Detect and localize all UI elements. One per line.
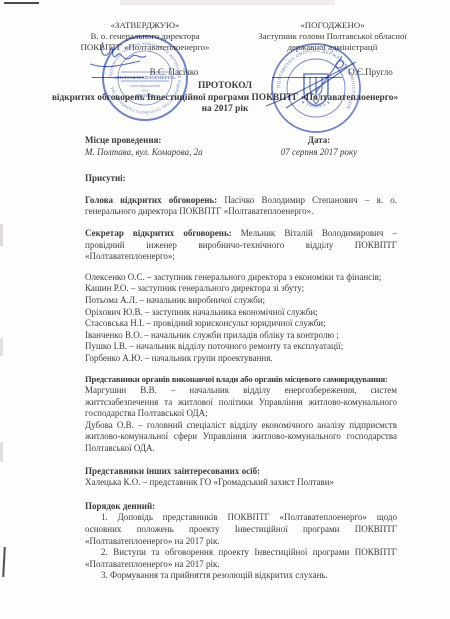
- meta-row: Місце проведення: М. Полтава, вул. Комар…: [85, 135, 397, 158]
- approve-signer-name: В.С. Пасічко: [150, 67, 199, 78]
- secretary-label: Секретар відкритих обговорень:: [85, 228, 232, 238]
- place-block: Місце проведення: М. Полтава, вул. Комар…: [85, 135, 203, 158]
- agree-signer-name: О.Є.Пругло: [348, 67, 393, 78]
- date-block: Дата: 07 серпня 2017 року: [263, 135, 375, 158]
- attendee-item: Іванченко В.О. – начальник служби прилад…: [85, 330, 397, 342]
- agree-block: «ПОГОДЖЕНО» Заступник голови Полтавської…: [240, 20, 425, 78]
- other-item: Халецька К.О. – представник ГО «Громадсь…: [85, 477, 397, 489]
- agree-line1: Заступник голови Полтавської обласної: [240, 31, 425, 42]
- others-section: Представники інших заінтересованих осіб:…: [85, 466, 397, 489]
- attendee-item: Горбенко А.Ю. – начальник групи проектув…: [85, 353, 397, 365]
- agenda-section: Порядок денний: 1. Доповідь представникі…: [85, 501, 397, 582]
- place-label: Місце проведення:: [85, 135, 203, 147]
- agenda-label: Порядок денний:: [85, 501, 397, 513]
- approve-line1: В. о. генерального директора: [55, 31, 235, 42]
- approve-signature-row: В.С. Пасічко: [55, 67, 235, 78]
- agenda-item: 3. Формування та прийняття резолюцій від…: [85, 570, 397, 582]
- present-label: Присутні:: [85, 173, 397, 185]
- approve-block: «ЗАТВЕРДЖУЮ» В. о. генерального директор…: [55, 20, 235, 78]
- scan-artifact: [4, 2, 39, 4]
- agree-signature-row: О.Є.Пругло: [240, 67, 425, 78]
- attendee-item: Потьома А.Л. – начальник виробничої служ…: [85, 295, 397, 307]
- attendee-item: Оріхович Ю.В. – заступник начальника еко…: [85, 307, 397, 319]
- attendee-item: Стасовська Н.І. – провідний юрисконсульт…: [85, 318, 397, 330]
- approve-line2: ПОКВПТГ «Полтаватеплоенерго»: [55, 42, 235, 53]
- official-item: Маргушин В.В. – начальник відділу енерго…: [85, 385, 397, 420]
- scan-artifact: [2, 547, 6, 577]
- official-item: Дубова О.В. – головний спеціаліст відділ…: [85, 420, 397, 455]
- title-line2: відкритих обговорень Інвестиційної прогр…: [0, 93, 450, 105]
- officials-section: Представники органів виконавчої влади аб…: [85, 374, 397, 455]
- chair-paragraph: Голова відкритих обговорень: Пасічко Вол…: [85, 195, 397, 218]
- attendee-item: Олексенко О.С. – заступник генерального …: [85, 272, 397, 284]
- agenda-item: 2. Виступи та обговорення проекту Інвест…: [85, 547, 397, 570]
- document-title: ПРОТОКОЛ відкритих обговорень Інвестицій…: [0, 81, 450, 116]
- date-label: Дата:: [263, 135, 375, 147]
- date-value: 07 серпня 2017 року: [263, 147, 375, 159]
- secretary-paragraph: Секретар відкритих обговорень: Мельник В…: [85, 228, 397, 263]
- scan-artifact: [0, 338, 3, 356]
- approve-title: «ЗАТВЕРДЖУЮ»: [55, 20, 235, 31]
- officials-label: Представники органів виконавчої влади аб…: [85, 374, 397, 386]
- scanned-protocol-page: «ЗАТВЕРДЖУЮ» В. о. генерального директор…: [0, 0, 450, 619]
- agree-line2: державної адміністрації: [240, 42, 425, 53]
- title-line3: на 2017 рік: [0, 104, 450, 116]
- scan-artifact: [0, 224, 3, 246]
- chair-label: Голова відкритих обговорень:: [85, 195, 217, 205]
- signature-line: [272, 76, 342, 78]
- scan-artifact: [0, 442, 3, 462]
- signature-line: [92, 76, 144, 78]
- scan-artifact: [120, 0, 335, 5]
- title-line1: ПРОТОКОЛ: [0, 81, 450, 93]
- document-body: Місце проведення: М. Полтава, вул. Комар…: [85, 135, 397, 582]
- attendee-item: Кашин Р.О. – заступник генерального дире…: [85, 283, 397, 295]
- agree-title: «ПОГОДЖЕНО»: [240, 20, 425, 31]
- agenda-item: 1. Доповідь представників ПОКВПТГ «Полта…: [85, 512, 397, 547]
- others-label: Представники інших заінтересованих осіб:: [85, 466, 397, 478]
- attendee-item: Пушко І.В. – начальник відділу поточного…: [85, 341, 397, 353]
- attendees-list: Олексенко О.С. – заступник генерального …: [85, 272, 397, 365]
- place-value: М. Полтава, вул. Комарова, 2а: [85, 147, 203, 159]
